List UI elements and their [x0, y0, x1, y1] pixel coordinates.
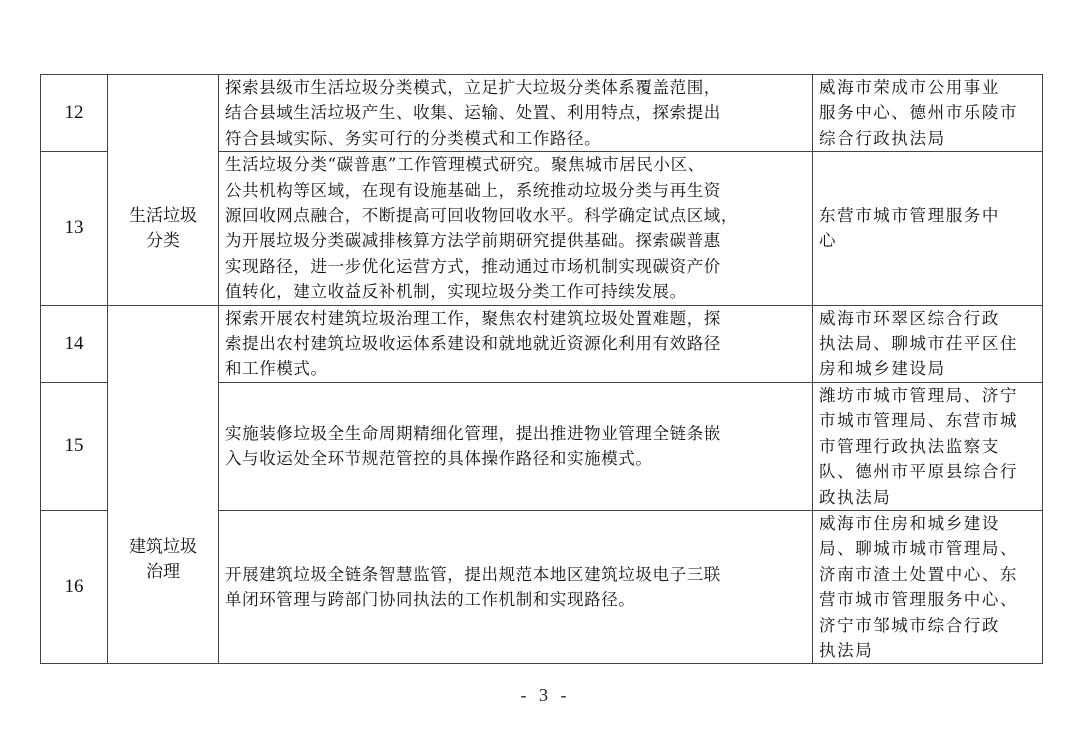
category-label: 生活垃圾 [108, 204, 218, 229]
description-line: 公共机构等区域，在现有设施基础上，系统推动垃圾分类与再生资 [225, 178, 808, 203]
responsible-unit-cell: 潍坊市城市管理局、济宁 市城市管理局、东营市城 市管理行政执法监察支 队、德州市… [813, 382, 1043, 510]
description-line: 探索开展农村建筑垃圾治理工作，聚焦农村建筑垃圾处置难题，探 [225, 306, 808, 331]
category-cell: 建筑垃圾 治理 [108, 305, 219, 664]
responsible-unit-cell: 东营市城市管理服务中 心 [813, 152, 1043, 305]
unit-line: 营市城市管理服务中心、 [819, 587, 1038, 612]
description-line: 符合县域实际、务实可行的分类模式和工作路径。 [225, 126, 808, 151]
unit-line: 潍坊市城市管理局、济宁 [819, 383, 1038, 408]
description-line: 开展建筑垃圾全链条智慧监管，提出规范本地区建筑垃圾电子三联 [225, 562, 808, 587]
description-line: 单闭环管理与跨部门协同执法的工作机制和实现路径。 [225, 587, 808, 612]
description-line: 实现路径，进一步优化运营方式，推动通过市场机制实现碳资产价 [225, 254, 808, 279]
description-line: 源回收网点融合，不断提高可回收物回收水平。科学确定试点区域， [225, 203, 808, 228]
unit-line: 房和城乡建设局 [819, 356, 1038, 381]
description-line: 值转化，建立收益反补机制，实现垃圾分类工作可持续发展。 [225, 279, 808, 304]
unit-line: 济宁市邹城市综合行政 [819, 613, 1038, 638]
row-number: 13 [41, 152, 108, 305]
unit-line: 威海市荣成市公用事业 [819, 75, 1038, 100]
category-label: 建筑垃圾 [108, 535, 218, 560]
row-number: 12 [41, 75, 108, 152]
description-line: 结合县域生活垃圾产生、收集、运输、处置、利用特点，探索提出 [225, 100, 808, 125]
unit-line: 局、聊城市城市管理局、 [819, 536, 1038, 561]
description-line: 索提出农村建筑垃圾收运体系建设和就地就近资源化利用有效路径 [225, 331, 808, 356]
category-label: 治理 [108, 560, 218, 585]
row-number: 16 [41, 510, 108, 663]
table-row: 14 建筑垃圾 治理 探索开展农村建筑垃圾治理工作，聚焦农村建筑垃圾处置难题，探… [41, 305, 1043, 382]
unit-line: 东营市城市管理服务中 [819, 203, 1038, 228]
unit-line: 服务中心、德州市乐陵市 [819, 100, 1038, 125]
unit-line: 市城市管理局、东营市城 [819, 408, 1038, 433]
row-number: 14 [41, 305, 108, 382]
unit-line: 济南市渣土处置中心、东 [819, 562, 1038, 587]
unit-line: 市管理行政执法监察支 [819, 434, 1038, 459]
unit-line: 执法局 [819, 638, 1038, 663]
unit-line: 执法局、聊城市茌平区住 [819, 331, 1038, 356]
responsible-unit-cell: 威海市环翠区综合行政 执法局、聊城市茌平区住 房和城乡建设局 [813, 305, 1043, 382]
responsible-unit-cell: 威海市住房和城乡建设 局、聊城市城市管理局、 济南市渣土处置中心、东 营市城市管… [813, 510, 1043, 663]
unit-line: 威海市环翠区综合行政 [819, 306, 1038, 331]
description-cell: 开展建筑垃圾全链条智慧监管，提出规范本地区建筑垃圾电子三联 单闭环管理与跨部门协… [219, 510, 813, 663]
page-number: - 3 - [0, 685, 1091, 706]
document-page: 12 生活垃圾 分类 探索县级市生活垃圾分类模式，立足扩大垃圾分类体系覆盖范围，… [0, 0, 1091, 742]
description-line: 为开展垃圾分类碳减排核算方法学前期研究提供基础。探索碳普惠 [225, 228, 808, 253]
row-number: 15 [41, 382, 108, 510]
responsible-unit-cell: 威海市荣成市公用事业 服务中心、德州市乐陵市 综合行政执法局 [813, 75, 1043, 152]
description-cell: 探索开展农村建筑垃圾治理工作，聚焦农村建筑垃圾处置难题，探 索提出农村建筑垃圾收… [219, 305, 813, 382]
description-cell: 探索县级市生活垃圾分类模式，立足扩大垃圾分类体系覆盖范围， 结合县域生活垃圾产生… [219, 75, 813, 152]
category-cell: 生活垃圾 分类 [108, 75, 219, 306]
unit-line: 队、德州市平原县综合行 [819, 459, 1038, 484]
category-label: 分类 [108, 229, 218, 254]
description-line: 实施装修垃圾全生命周期精细化管理，提出推进物业管理全链条嵌 [225, 421, 808, 446]
unit-line: 心 [819, 228, 1038, 253]
unit-line: 政执法局 [819, 485, 1038, 510]
description-line: 入与收运处全环节规范管控的具体操作路径和实施模式。 [225, 446, 808, 471]
description-cell: 实施装修垃圾全生命周期精细化管理，提出推进物业管理全链条嵌 入与收运处全环节规范… [219, 382, 813, 510]
description-cell: 生活垃圾分类“碳普惠”工作管理模式研究。聚焦城市居民小区、 公共机构等区域，在现… [219, 152, 813, 305]
unit-line: 威海市住房和城乡建设 [819, 511, 1038, 536]
description-line: 生活垃圾分类“碳普惠”工作管理模式研究。聚焦城市居民小区、 [225, 152, 808, 177]
description-line: 和工作模式。 [225, 356, 808, 381]
table-row: 12 生活垃圾 分类 探索县级市生活垃圾分类模式，立足扩大垃圾分类体系覆盖范围，… [41, 75, 1043, 152]
unit-line: 综合行政执法局 [819, 126, 1038, 151]
description-line: 探索县级市生活垃圾分类模式，立足扩大垃圾分类体系覆盖范围， [225, 75, 808, 100]
pilot-projects-table: 12 生活垃圾 分类 探索县级市生活垃圾分类模式，立足扩大垃圾分类体系覆盖范围，… [40, 74, 1043, 664]
